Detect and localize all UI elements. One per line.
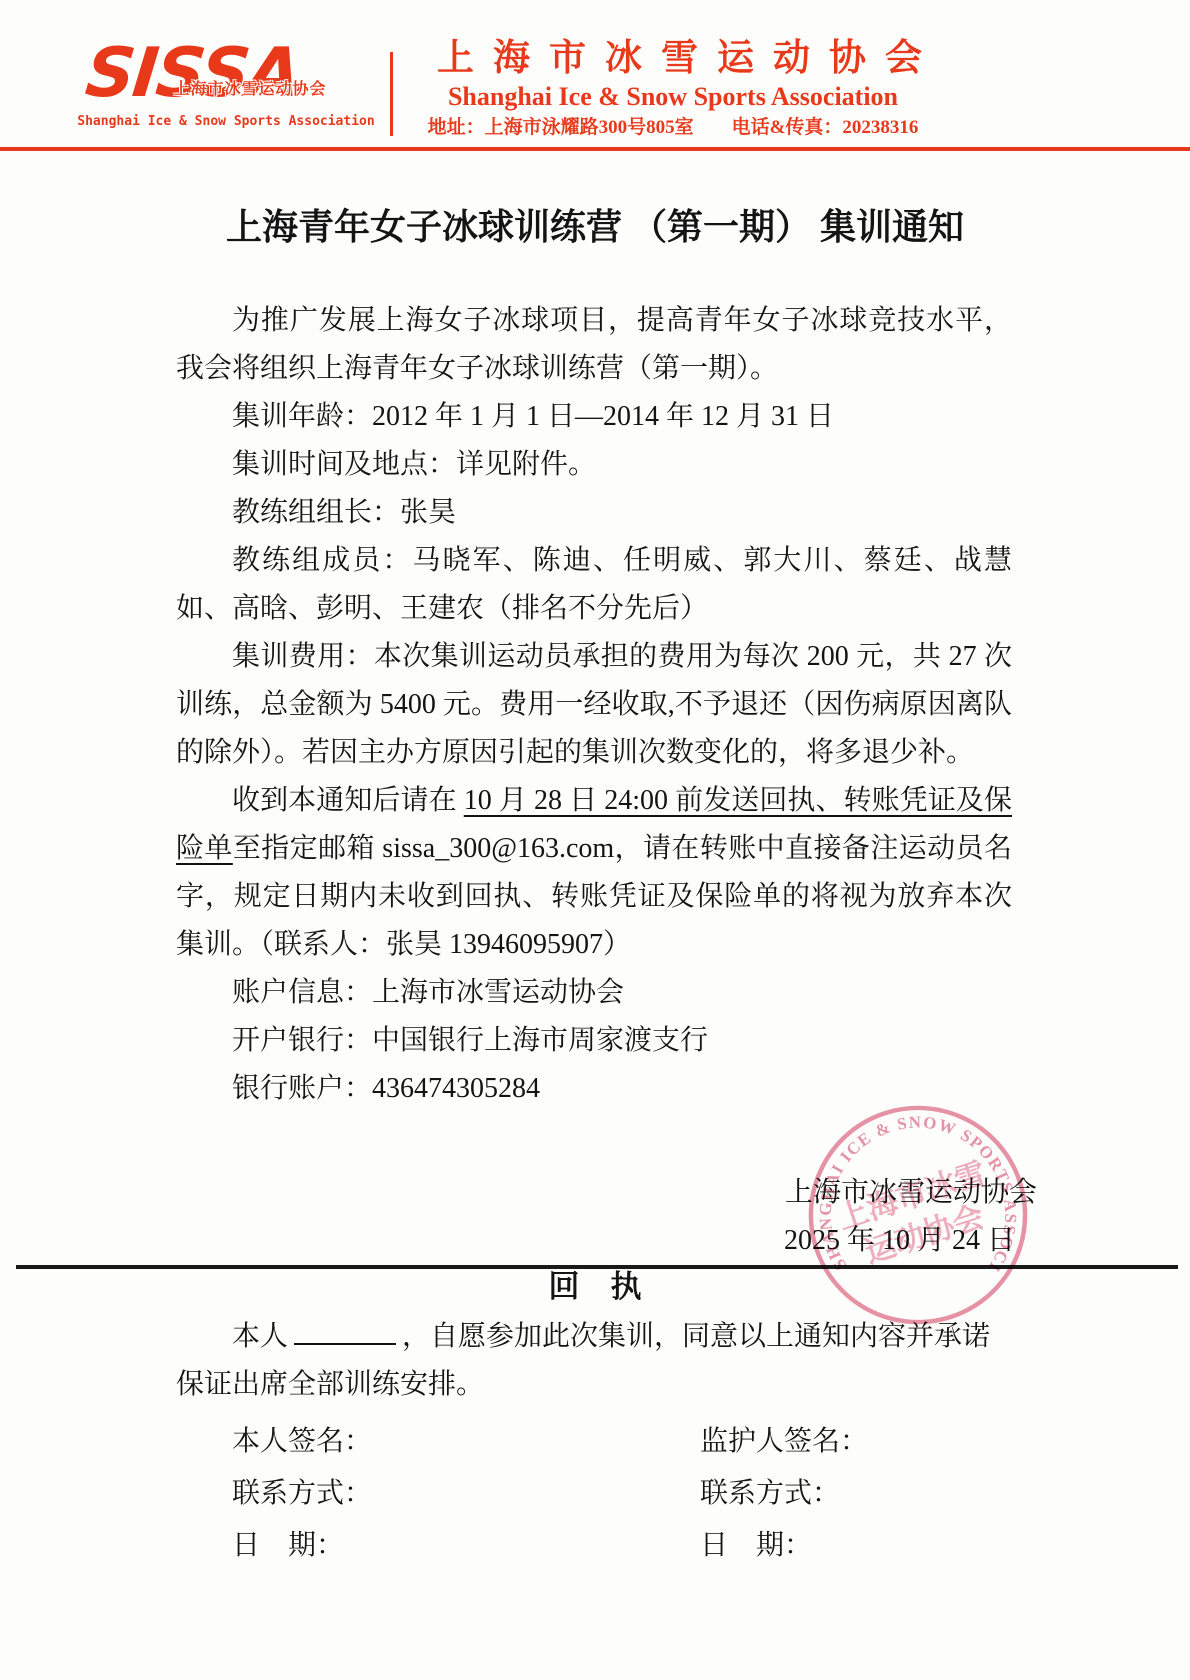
paragraph-head-coach: 教练组组长：张昊 <box>176 489 1012 537</box>
paragraph-bank-account: 银行账户：436474305284 <box>176 1065 1012 1113</box>
paragraph-intro: 为推广发展上海女子冰球项目，提高青年女子冰球竞技水平，我会将组织上海青年女子冰球… <box>176 297 1012 393</box>
form-row-signature: 本人签名：监护人签名： <box>232 1416 1190 1468</box>
self-contact-label: 联系方式： <box>232 1468 700 1520</box>
self-date-label: 日 期： <box>232 1520 700 1572</box>
receipt-line1-post: ，自愿参加此次集训，同意以上通知内容并承诺 <box>402 1321 990 1352</box>
receipt-line1: 本人，自愿参加此次集训，同意以上通知内容并承诺 <box>176 1313 1012 1361</box>
signature-org: 上海市冰雪运动协会 <box>0 1169 1037 1217</box>
name-blank-line <box>294 1337 396 1345</box>
deadline-text-pre: 收到本通知后请在 <box>232 785 464 816</box>
receipt-title: 回 执 <box>0 1263 1190 1311</box>
org-title-block: 上海市冰雪运动协会 Shanghai Ice & Snow Sports Ass… <box>418 38 928 140</box>
guardian-signature-label: 监护人签名： <box>700 1426 868 1457</box>
signature-block: 上海市冰雪运动协会 2025 年 10 月 24 日 <box>0 1169 1037 1265</box>
org-phone-fax: 电话&传真：20238316 <box>732 117 919 138</box>
paragraph-bank: 开户银行：中国银行上海市周家渡支行 <box>176 1017 1012 1065</box>
paragraph-age: 集训年龄：2012 年 1 月 1 日—2014 年 12 月 31 日 <box>176 393 1012 441</box>
paragraph-deadline: 收到本通知后请在 10 月 28 日 24:00 前发送回执、转账凭证及保险单至… <box>176 777 1012 969</box>
deadline-text-post: 至指定邮箱 sissa_300@163.com，请在转账中直接备注运动员名字，规… <box>176 833 1012 960</box>
guardian-contact-label: 联系方式： <box>700 1478 840 1509</box>
notice-title: 上海青年女子冰球训练营 （第一期） 集训通知 <box>0 204 1190 250</box>
paragraph-time-place: 集训时间及地点：详见附件。 <box>176 441 1012 489</box>
receipt-line1-pre: 本人 <box>232 1321 288 1352</box>
paragraph-coaches: 教练组成员：马晓军、陈迪、任明威、郭大川、蔡廷、战慧如、高晗、彭明、王建农（排名… <box>176 537 1012 633</box>
notice-body: 为推广发展上海女子冰球项目，提高青年女子冰球竞技水平，我会将组织上海青年女子冰球… <box>176 297 1012 1113</box>
paragraph-fee: 集训费用：本次集训运动员承担的费用为每次 200 元，共 27 次训练，总金额为… <box>176 633 1012 777</box>
receipt-body: 本人，自愿参加此次集训，同意以上通知内容并承诺 保证出席全部训练安排。 <box>176 1313 1012 1409</box>
letterhead-rule <box>0 147 1190 151</box>
signature-date: 2025 年 10 月 24 日 <box>0 1217 1037 1265</box>
paragraph-account-name: 账户信息：上海市冰雪运动协会 <box>176 969 1012 1017</box>
address-line: 地址：上海市泳耀路300号805室电话&传真：20238316 <box>418 116 928 140</box>
sissa-logo-en-caption: Shanghai Ice & Snow Sports Association <box>76 114 376 129</box>
receipt-form: 本人签名：监护人签名： 联系方式：联系方式： 日 期：日 期： <box>232 1416 1190 1572</box>
org-name-cn: 上海市冰雪运动协会 <box>418 38 928 80</box>
sissa-logo-cn-overlay: 上海市冰雪运动协会 <box>135 76 365 99</box>
form-row-date: 日 期：日 期： <box>232 1520 1190 1572</box>
org-name-en: Shanghai Ice & Snow Sports Association <box>418 82 928 112</box>
scanned-notice-page: SISSA 上海市冰雪运动协会 Shanghai Ice & Snow Spor… <box>0 0 1190 1680</box>
form-row-contact: 联系方式：联系方式： <box>232 1468 1190 1520</box>
org-address: 地址：上海市泳耀路300号805室 <box>428 117 694 138</box>
self-signature-label: 本人签名： <box>232 1416 700 1468</box>
guardian-date-label: 日 期： <box>700 1530 812 1561</box>
letterhead-divider <box>390 52 393 136</box>
receipt-line2: 保证出席全部训练安排。 <box>176 1361 1012 1409</box>
